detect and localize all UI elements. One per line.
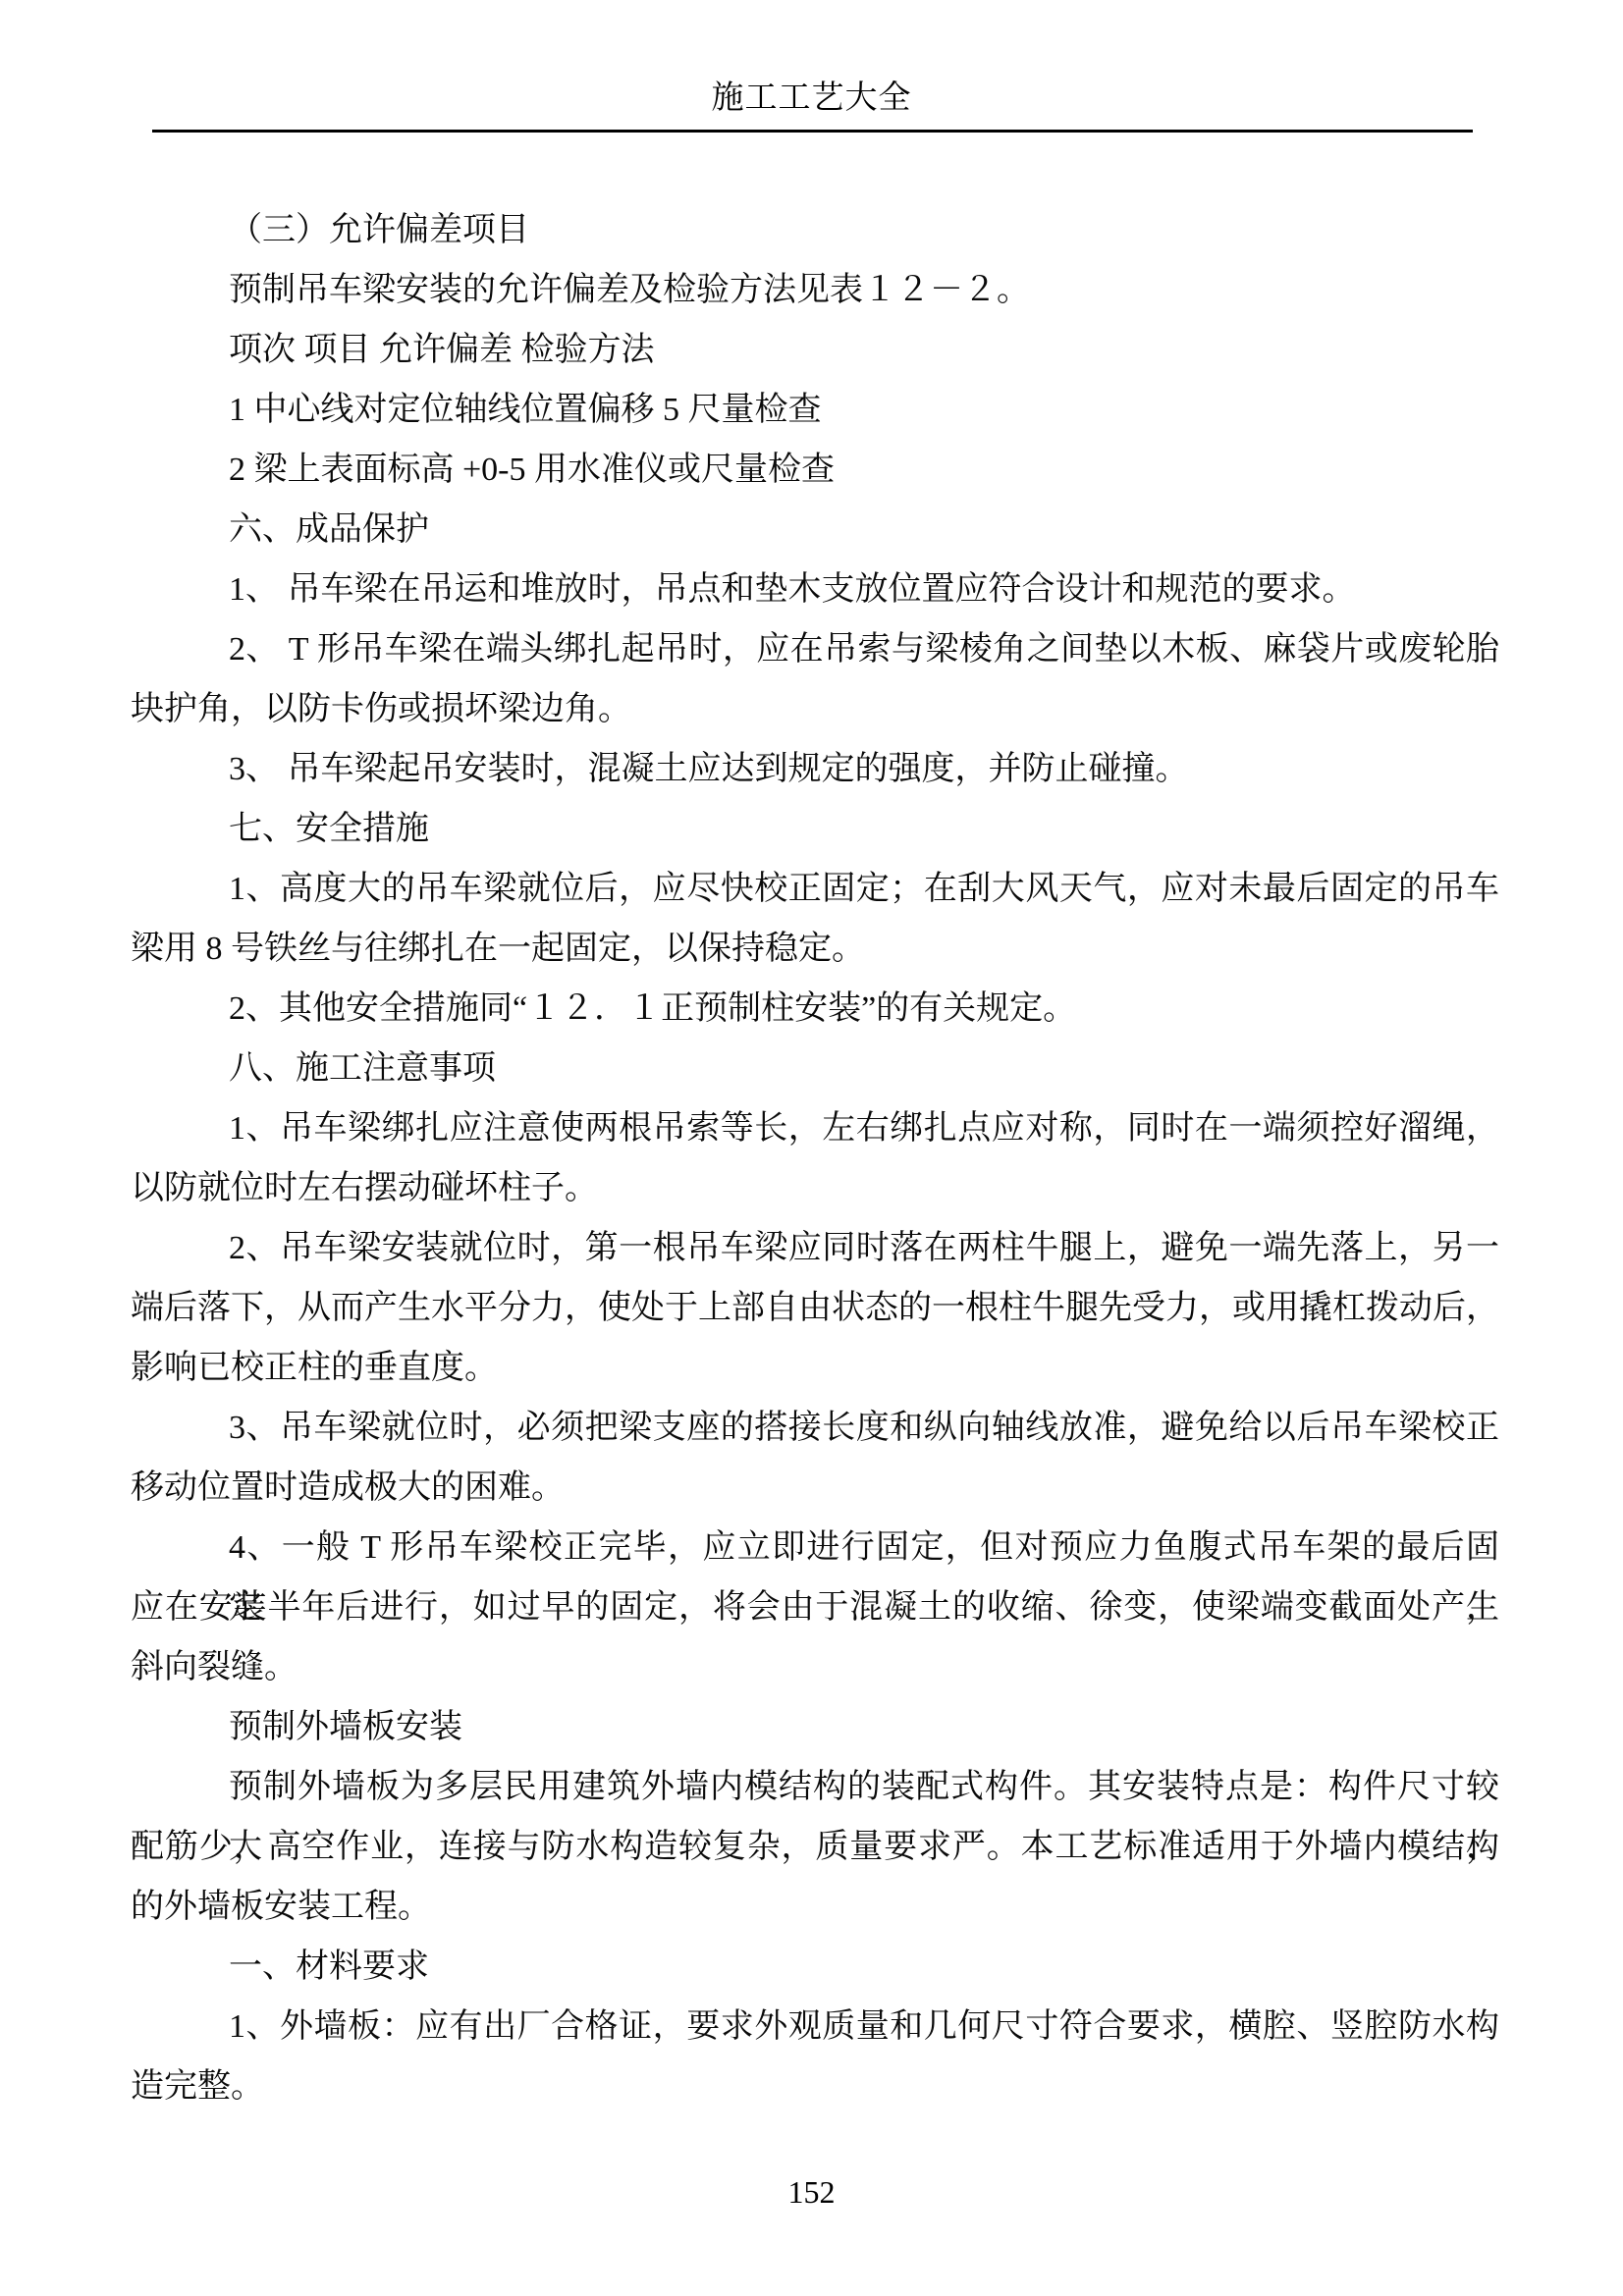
text-line: 以防就位时左右摆动碰坏柱子。 xyxy=(131,1158,1499,1218)
text-line: 预制吊车梁安装的允许偏差及检验方法见表１２－２。 xyxy=(131,260,1499,320)
text-line: 配筋少，高空作业，连接与防水构造较复杂，质量要求严。本工艺标准适用于外墙内模结构 xyxy=(131,1817,1499,1877)
text-line: 1、 吊车梁在吊运和堆放时，吊点和垫木支放位置应符合设计和规范的要求。 xyxy=(131,560,1499,619)
text-line: 端后落下，从而产生水平分力，使处于上部自由状态的一根柱牛腿先受力，或用撬杠拨动后… xyxy=(131,1278,1499,1338)
text-line: 4、一般 T 形吊车梁校正完毕，应立即进行固定，但对预应力鱼腹式吊车架的最后固定… xyxy=(131,1518,1499,1577)
text-line: 1、外墙板：应有出厂合格证，要求外观质量和几何尺寸符合要求，横腔、竖腔防水构 xyxy=(131,1997,1499,2056)
document-page: 施工工艺大全 （三）允许偏差项目预制吊车梁安装的允许偏差及检验方法见表１２－２。… xyxy=(0,0,1623,2296)
text-line: 六、成品保护 xyxy=(131,500,1499,560)
text-line: 2、其他安全措施同“１２．１正预制柱安装”的有关规定。 xyxy=(131,979,1499,1039)
text-line: 预制外墙板安装 xyxy=(131,1697,1499,1757)
text-line: 2 梁上表面标高 +0-5 用水准仪或尺量检查 xyxy=(131,440,1499,500)
text-line: 1、高度大的吊车梁就位后，应尽快校正固定；在刮大风天气，应对未最后固定的吊车 xyxy=(131,859,1499,919)
text-line: 1 中心线对定位轴线位置偏移 5 尺量检查 xyxy=(131,380,1499,440)
text-line: 2、吊车梁安装就位时，第一根吊车梁应同时落在两柱牛腿上，避免一端先落上，另一 xyxy=(131,1218,1499,1278)
document-body: （三）允许偏差项目预制吊车梁安装的允许偏差及检验方法见表１２－２。项次 项目 允… xyxy=(131,200,1499,2116)
text-line: 3、吊车梁就位时，必须把梁支座的搭接长度和纵向轴线放准，避免给以后吊车梁校正 xyxy=(131,1398,1499,1458)
text-line: （三）允许偏差项目 xyxy=(131,200,1499,260)
text-line: 块护角，以防卡伤或损坏梁边角。 xyxy=(131,679,1499,739)
text-line: 梁用 8 号铁丝与往绑扎在一起固定，以保持稳定。 xyxy=(131,919,1499,979)
text-line: 移动位置时造成极大的困难。 xyxy=(131,1458,1499,1518)
text-line: 预制外墙板为多层民用建筑外墙内模结构的装配式构件。其安装特点是：构件尺寸较大， xyxy=(131,1757,1499,1817)
text-line: 七、安全措施 xyxy=(131,799,1499,859)
text-line: 影响已校正柱的垂直度。 xyxy=(131,1338,1499,1398)
text-line: 应在安装半年后进行，如过早的固定，将会由于混凝土的收缩、徐变，使梁端变截面处产生 xyxy=(131,1577,1499,1637)
text-line: 斜向裂缝。 xyxy=(131,1637,1499,1697)
page-number: 152 xyxy=(0,2173,1623,2211)
text-line: 1、吊车梁绑扎应注意使两根吊索等长，左右绑扎点应对称，同时在一端须控好溜绳， xyxy=(131,1098,1499,1158)
page-header-title: 施工工艺大全 xyxy=(0,82,1623,115)
text-line: 3、 吊车梁起吊安装时，混凝土应达到规定的强度，并防止碰撞。 xyxy=(131,739,1499,799)
text-line: 2、 T 形吊车梁在端头绑扎起吊时，应在吊索与梁棱角之间垫以木板、麻袋片或废轮胎 xyxy=(131,619,1499,679)
text-line: 八、施工注意事项 xyxy=(131,1039,1499,1098)
text-line: 造完整。 xyxy=(131,2056,1499,2116)
text-line: 的外墙板安装工程。 xyxy=(131,1877,1499,1937)
text-line: 项次 项目 允许偏差 检验方法 xyxy=(131,320,1499,380)
header-rule xyxy=(152,130,1473,133)
text-line: 一、材料要求 xyxy=(131,1937,1499,1997)
